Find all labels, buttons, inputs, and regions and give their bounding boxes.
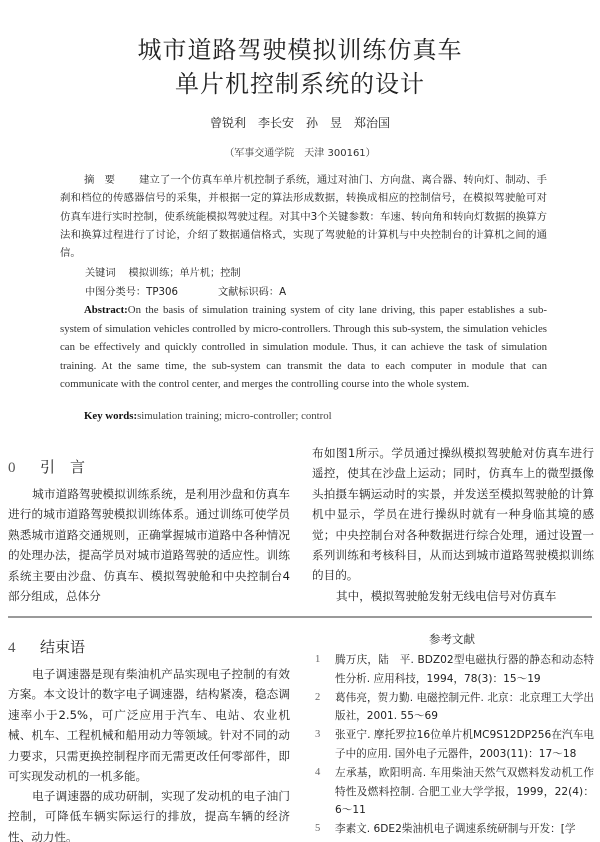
doc-code-value: A xyxy=(279,287,286,298)
english-keywords-text: simulation training; micro-controller; c… xyxy=(137,410,332,422)
chinese-keywords: 关键词 模拟训练；单片机；控制 xyxy=(85,264,241,279)
reference-item: 1腾万庆，陆 平. BDZ02型电磁执行器的静态和动态特性分析. 应用科技，19… xyxy=(312,651,594,689)
author-list: 曾锐利 李长安 孙 昱 郑治国 xyxy=(0,114,600,131)
reference-item: 2葛伟亮，贺力勤. 电磁控制元件. 北京：北京理工大学出版社，2001. 55～… xyxy=(312,689,594,727)
section-heading-introduction: 0引 言 xyxy=(8,456,85,477)
reference-item: 5李素文. 6DE2柴油机电子调速系统研制与开发：[学 xyxy=(312,820,594,839)
english-keywords: Key words:simulation training; micro-con… xyxy=(84,410,332,422)
section-number: 4 xyxy=(8,640,40,657)
reference-item: 3张亚宁. 摩托罗拉16位单片机MC9S12DP256在汽车电子中的应用. 国外… xyxy=(312,726,594,764)
introduction-paragraph-right: 布如图1所示。学员通过操纵模拟驾驶舱对仿真车进行遥控，使其在沙盘上运动；同时，仿… xyxy=(312,443,594,586)
english-abstract-text: On the basis of simulation training syst… xyxy=(60,304,547,390)
english-keywords-label: Key words: xyxy=(84,410,137,422)
paper-title-line-2: 单片机控制系统的设计 xyxy=(0,64,600,99)
introduction-paragraph-next: 其中，模拟驾驶舱发射无线电信号对仿真车 xyxy=(312,586,594,606)
doc-code-label: 文献标识码： xyxy=(218,287,279,298)
chinese-abstract-text: 建立了一个仿真车单片机控制子系统，通过对油门、方向盘、离合器、转向灯、制动、手刹… xyxy=(60,174,547,259)
english-abstract-label: Abstract: xyxy=(84,304,128,316)
introduction-paragraph-left: 城市道路驾驶模拟训练系统，是利用沙盘和仿真车进行的城市道路驾驶模拟训练体系。通过… xyxy=(8,484,290,606)
chinese-abstract-label: 摘要 xyxy=(60,174,125,186)
affiliation: （军事交通学院 天津 300161） xyxy=(0,144,600,159)
english-abstract: Abstract:On the basis of simulation trai… xyxy=(60,301,547,394)
clc-value: TP306 xyxy=(146,287,178,298)
classification-line: 中图分类号：TP306文献标识码：A xyxy=(85,283,286,298)
section-title: 结束语 xyxy=(40,638,85,656)
section-number: 0 xyxy=(8,460,40,477)
conclusion-paragraph-1: 电子调速器是现有柴油机产品实现电子控制的有效方案。本文设计的数字电子调速器，结构… xyxy=(8,664,290,786)
references-heading: 参考文献 xyxy=(312,631,592,647)
section-heading-conclusion: 4结束语 xyxy=(8,636,85,657)
conclusion-paragraph-2: 电子调速器的成功研制，实现了发动机的电子油门控制，可降低车辆实际运行的排放，提高… xyxy=(8,786,290,842)
reference-list: 1腾万庆，陆 平. BDZ02型电磁执行器的静态和动态特性分析. 应用科技，19… xyxy=(312,651,594,839)
section-title: 引 言 xyxy=(40,458,85,476)
chinese-keywords-label: 关键词 xyxy=(85,268,116,279)
paper-title-line-1: 城市道路驾驶模拟训练仿真车 xyxy=(0,30,600,65)
clc-label: 中图分类号： xyxy=(85,287,146,298)
chinese-keywords-text: 模拟训练；单片机；控制 xyxy=(129,268,241,279)
section-divider xyxy=(8,616,592,618)
reference-item: 4左承基，欧阳明高. 车用柴油天然气双燃料发动机工作特性及燃料控制. 合肥工业大… xyxy=(312,764,594,820)
chinese-abstract: 摘要建立了一个仿真车单片机控制子系统，通过对油门、方向盘、离合器、转向灯、制动、… xyxy=(60,171,547,262)
